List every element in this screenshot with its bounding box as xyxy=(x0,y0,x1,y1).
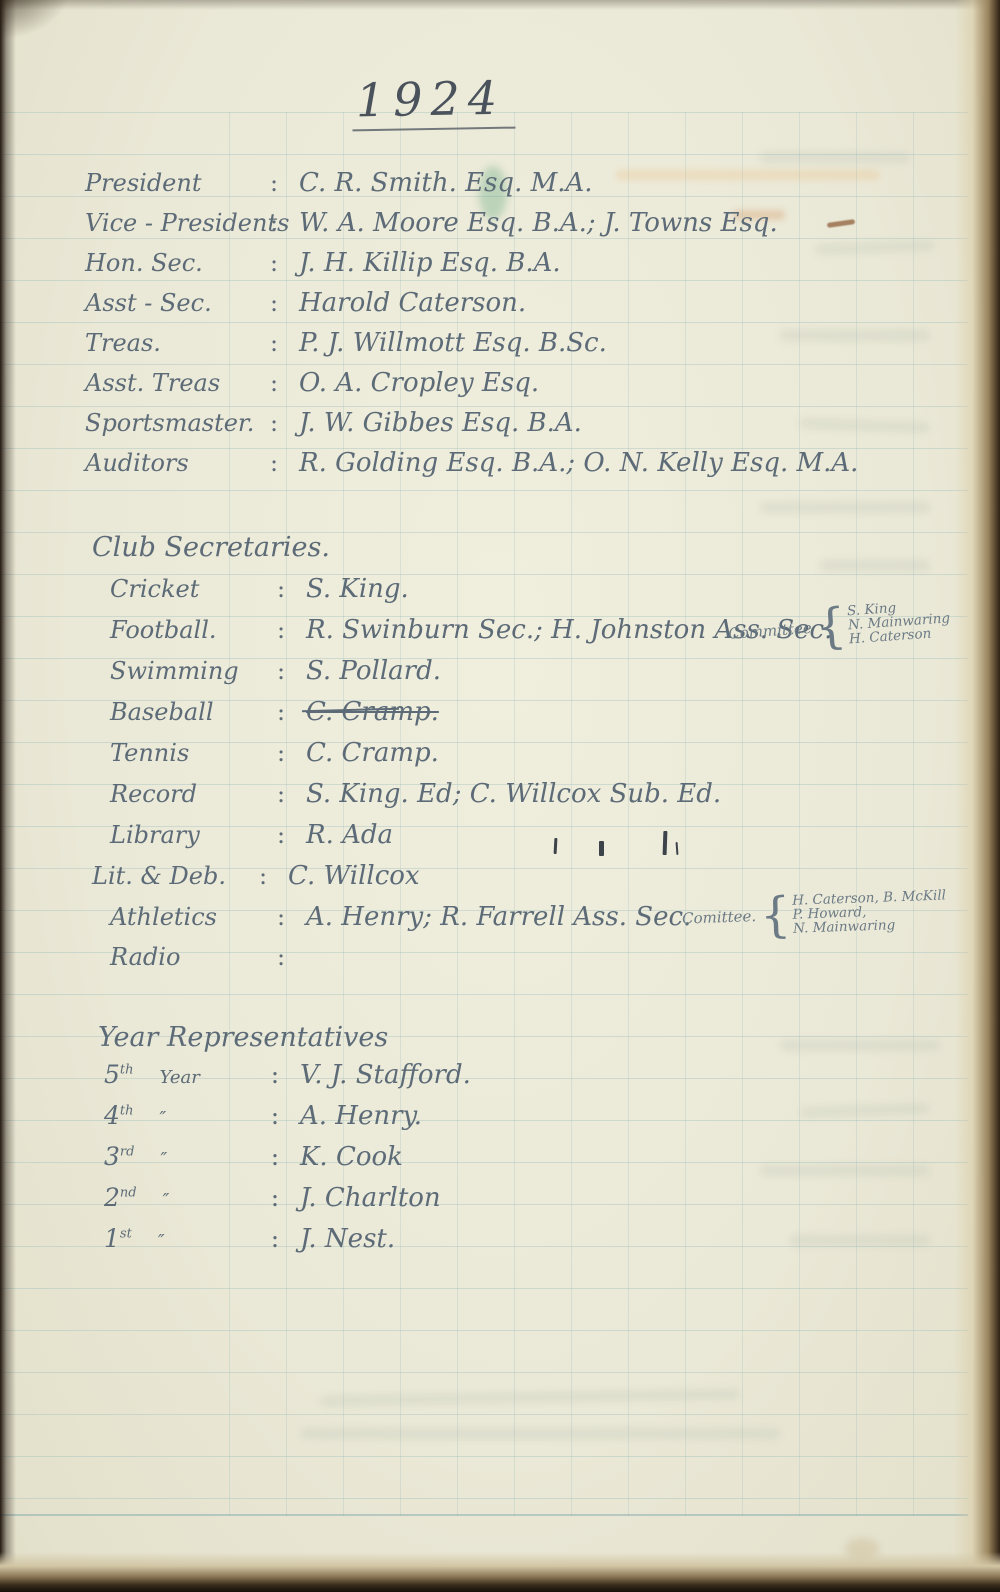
officer-value: Harold Caterson. xyxy=(285,288,858,318)
club-value: R. Ada xyxy=(292,820,832,850)
colon-separator: : xyxy=(270,616,292,644)
colon-separator: : xyxy=(263,249,285,277)
officer-value: O. A. Cropley Esq. xyxy=(285,368,858,398)
officer-value: W. A. Moore Esq. B.A.; J. Towns Esq. xyxy=(285,208,858,238)
club-row-record: Record : S. King. Ed; C. Willcox Sub. Ed… xyxy=(92,779,832,820)
colon-separator: : xyxy=(270,575,292,603)
officer-label: Asst. Treas xyxy=(85,369,263,397)
club-label: Baseball xyxy=(110,698,270,726)
year-ordinal-suffix: st xyxy=(120,1227,132,1242)
officer-label: Treas. xyxy=(85,329,263,357)
colon-separator: : xyxy=(264,1183,286,1212)
club-row-football: Football. : R. Swinburn Sec.; H. Johnsto… xyxy=(92,615,832,656)
club-label: Radio xyxy=(110,943,270,971)
year-rep-value: V. J. Stafford. xyxy=(286,1060,471,1090)
ditto-mark: ″ xyxy=(134,1149,167,1170)
club-row-radio: Radio : xyxy=(92,943,832,984)
officer-value: J. H. Killip Esq. B.A. xyxy=(285,248,858,278)
officer-label: Vice - Presidents xyxy=(85,209,263,237)
colon-separator: : xyxy=(270,903,292,931)
colon-separator: : xyxy=(263,409,285,437)
bleed-through-mark xyxy=(320,1388,740,1406)
ledger-page: 1924 President : C. R. Smith. Esq. M.A. … xyxy=(0,0,1000,1592)
officer-row-hon-sec: Hon. Sec. : J. H. Killip Esq. B.A. xyxy=(85,248,858,288)
binding-edge-left xyxy=(0,0,16,1592)
officer-value: C. R. Smith. Esq. M.A. xyxy=(285,168,858,198)
year-ordinal: 5 xyxy=(104,1060,120,1089)
bleed-through-mark xyxy=(800,1103,930,1119)
officer-row-vice-presidents: Vice - Presidents : W. A. Moore Esq. B.A… xyxy=(85,208,858,248)
officers-section: President : C. R. Smith. Esq. M.A. Vice … xyxy=(85,168,858,488)
club-value: S. Pollard. xyxy=(292,656,832,686)
committee-brace: { xyxy=(759,887,791,944)
club-row-baseball: Baseball : C. Cramp. xyxy=(92,697,832,738)
officer-row-sportsmaster: Sportsmaster. : J. W. Gibbes Esq. B.A. xyxy=(85,408,858,448)
year-representatives-section: 5thYear : V. J. Stafford. 4th″ : A. Henr… xyxy=(92,1060,471,1265)
year-row-2nd: 2nd″ : J. Charlton xyxy=(92,1183,471,1224)
colon-separator: : xyxy=(270,739,292,767)
officer-label: Hon. Sec. xyxy=(85,249,263,277)
year-ordinal-suffix: nd xyxy=(120,1186,137,1201)
committee-label: Comittee. xyxy=(682,907,757,928)
club-value: C. Cramp. xyxy=(292,738,832,768)
year-row-4th: 4th″ : A. Henry. xyxy=(92,1101,471,1142)
year-row-5th: 5thYear : V. J. Stafford. xyxy=(92,1060,471,1101)
club-row-library: Library : R. Ada xyxy=(92,820,832,861)
colon-separator: : xyxy=(264,1101,286,1130)
colon-separator: : xyxy=(264,1060,286,1089)
year-rep-value: K. Cook xyxy=(286,1142,471,1172)
bleed-through-mark xyxy=(760,152,910,163)
year-representatives-heading: Year Representatives xyxy=(98,1022,388,1053)
page-title-year: 1924 xyxy=(352,71,516,132)
colon-separator: : xyxy=(263,169,285,197)
ditto-mark: ″ xyxy=(134,1108,167,1129)
year-row-1st: 1st″ : J. Nest. xyxy=(92,1224,471,1265)
page-edge-top xyxy=(0,0,1000,10)
colon-separator: : xyxy=(263,209,285,237)
colon-separator: : xyxy=(270,943,292,971)
officer-value: P. J. Willmott Esq. B.Sc. xyxy=(285,328,858,358)
officer-row-treas: Treas. : P. J. Willmott Esq. B.Sc. xyxy=(85,328,858,368)
club-label: Record xyxy=(110,780,270,808)
year-rep-value: J. Charlton xyxy=(286,1183,471,1213)
colon-separator: : xyxy=(263,449,285,477)
club-label: Swimming xyxy=(110,657,270,685)
club-value: S. King. Ed; C. Willcox Sub. Ed. xyxy=(292,779,832,809)
club-row-cricket: Cricket : S. King. xyxy=(92,574,832,615)
bleed-through-mark xyxy=(760,1165,930,1176)
bleed-through-mark xyxy=(760,502,930,513)
bottom-ruled-line xyxy=(0,1514,968,1516)
page-stack-edge-bottom xyxy=(0,1552,1000,1592)
officer-label: Sportsmaster. xyxy=(85,409,263,437)
page-edge-right xyxy=(954,0,1000,1592)
officer-row-asst-treas: Asst. Treas : O. A. Cropley Esq. xyxy=(85,368,858,408)
colon-separator: : xyxy=(264,1142,286,1171)
club-label: Tennis xyxy=(110,739,270,767)
club-value: C. Willcox xyxy=(274,861,832,891)
club-secretaries-heading: Club Secretaries. xyxy=(92,532,330,563)
year-ordinal-suffix: rd xyxy=(120,1145,135,1160)
club-value-struck-through: C. Cramp. xyxy=(306,697,439,727)
committee-member: N. Mainwaring xyxy=(793,916,947,936)
club-row-swimming: Swimming : S. Pollard. xyxy=(92,656,832,697)
year-ordinal: 1 xyxy=(104,1224,120,1253)
year-ordinal: 2 xyxy=(104,1183,120,1212)
officer-label: President xyxy=(85,169,263,197)
colon-separator: : xyxy=(264,1224,286,1253)
club-value: S. King. xyxy=(292,574,832,604)
officer-label: Auditors xyxy=(85,449,263,477)
club-label: Football. xyxy=(110,616,270,644)
bleed-through-mark xyxy=(780,1040,940,1051)
year-representatives-heading-wrap: Year Representatives xyxy=(98,1022,388,1053)
year-rep-value: A. Henry. xyxy=(286,1101,471,1131)
year-rep-value: J. Nest. xyxy=(286,1224,471,1254)
colon-separator: : xyxy=(270,821,292,849)
year-ordinal: 4 xyxy=(104,1101,120,1130)
colon-separator: : xyxy=(263,369,285,397)
bleed-through-mark xyxy=(790,1235,930,1246)
club-label: Athletics xyxy=(110,903,270,931)
colon-separator: : xyxy=(263,289,285,317)
officer-row-asst-sec: Asst - Sec. : Harold Caterson. xyxy=(85,288,858,328)
colon-separator: : xyxy=(270,698,292,726)
club-label: Lit. & Deb. xyxy=(92,862,252,890)
officer-row-auditors: Auditors : R. Golding Esq. B.A.; O. N. K… xyxy=(85,448,858,488)
colon-separator: : xyxy=(252,862,274,890)
officer-row-president: President : C. R. Smith. Esq. M.A. xyxy=(85,168,858,208)
year-unit: Year xyxy=(134,1067,200,1088)
year-ordinal-suffix: th xyxy=(120,1104,134,1119)
officer-value: J. W. Gibbes Esq. B.A. xyxy=(285,408,858,438)
athletics-committee-note: Comittee. { H. Caterson, B. McKill P. Ho… xyxy=(681,881,947,946)
year-ordinal-suffix: th xyxy=(120,1063,134,1078)
officer-value: R. Golding Esq. B.A.; O. N. Kelly Esq. M… xyxy=(285,448,858,478)
year-row-3rd: 3rd″ : K. Cook xyxy=(92,1142,471,1183)
colon-separator: : xyxy=(270,780,292,808)
ditto-mark: ″ xyxy=(132,1231,165,1252)
club-label: Library xyxy=(110,821,270,849)
committee-label: Committee xyxy=(728,619,813,643)
year-ordinal: 3 xyxy=(104,1142,120,1171)
club-secretaries-heading-wrap: Club Secretaries. xyxy=(92,532,330,563)
colon-separator: : xyxy=(263,329,285,357)
bleed-through-mark xyxy=(300,1428,780,1439)
club-row-tennis: Tennis : C. Cramp. xyxy=(92,738,832,779)
ditto-mark: ″ xyxy=(137,1190,170,1211)
officer-label: Asst - Sec. xyxy=(85,289,263,317)
committee-brace: { xyxy=(814,598,848,656)
colon-separator: : xyxy=(270,657,292,685)
bleed-through-mark xyxy=(820,560,930,571)
page-corner-shadow xyxy=(0,0,70,40)
club-label: Cricket xyxy=(110,575,270,603)
